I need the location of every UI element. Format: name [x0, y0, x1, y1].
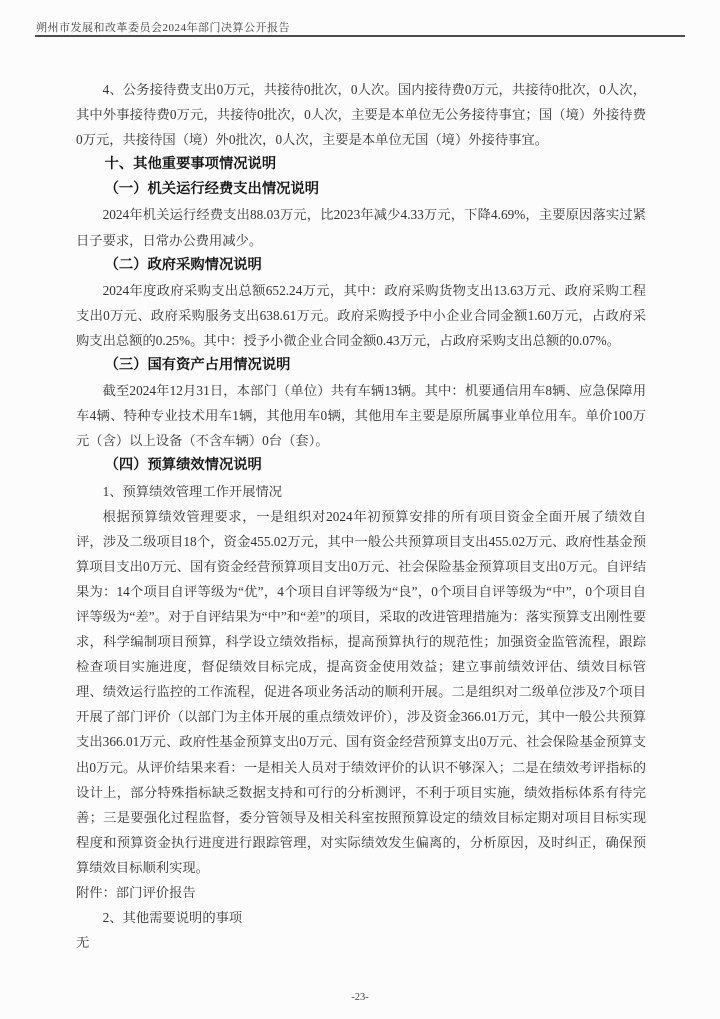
- heading-government-procurement: （二）政府采购情况说明: [76, 253, 646, 278]
- paragraph-reception-expenses: 4、公务接待费支出0万元，共接待0批次，0人次。国内接待费0万元，共接待0批次，…: [76, 77, 646, 152]
- document-body: 4、公务接待费支出0万元，共接待0批次，0人次。国内接待费0万元，共接待0批次，…: [76, 77, 646, 955]
- header-rule: [35, 35, 685, 37]
- heading-agency-operating-expenses: （一）机关运行经费支出情况说明: [76, 177, 646, 202]
- line-attachment-note: 附件：部门评价报告: [76, 880, 646, 905]
- heading-budget-performance: （四）预算绩效情况说明: [76, 453, 646, 478]
- heading-state-owned-assets: （三）国有资产占用情况说明: [76, 353, 646, 378]
- heading-other-important-matters: 十、其他重要事项情况说明: [76, 152, 646, 177]
- header-title: 朔州市发展和改革委员会2024年部门决算公开报告: [36, 19, 290, 35]
- subheading-performance-management-work: 1、预算绩效管理工作开展情况: [76, 479, 646, 504]
- subheading-other-matters: 2、其他需要说明的事项: [76, 905, 646, 930]
- paragraph-none: 无: [76, 930, 646, 955]
- paragraph-government-procurement: 2024年度政府采购支出总额652.24万元，其中：政府采购货物支出13.63万…: [76, 278, 646, 353]
- paragraph-agency-operating-expenses: 2024年机关运行经费支出88.03万元，比2023年减少4.33万元，下降4.…: [76, 202, 646, 252]
- page-number: -23-: [351, 992, 369, 1003]
- document-page: 朔州市发展和改革委员会2024年部门决算公开报告 4、公务接待费支出0万元，共接…: [0, 0, 720, 1019]
- page-footer: -23-: [0, 992, 720, 1003]
- paragraph-performance-management-detail: 根据预算绩效管理要求，一是组织对2024年初预算安排的所有项目资金全面开展了绩效…: [76, 504, 646, 880]
- paragraph-state-owned-assets: 截至2024年12月31日，本部门（单位）共有车辆13辆。其中：机要通信用车8辆…: [76, 378, 646, 453]
